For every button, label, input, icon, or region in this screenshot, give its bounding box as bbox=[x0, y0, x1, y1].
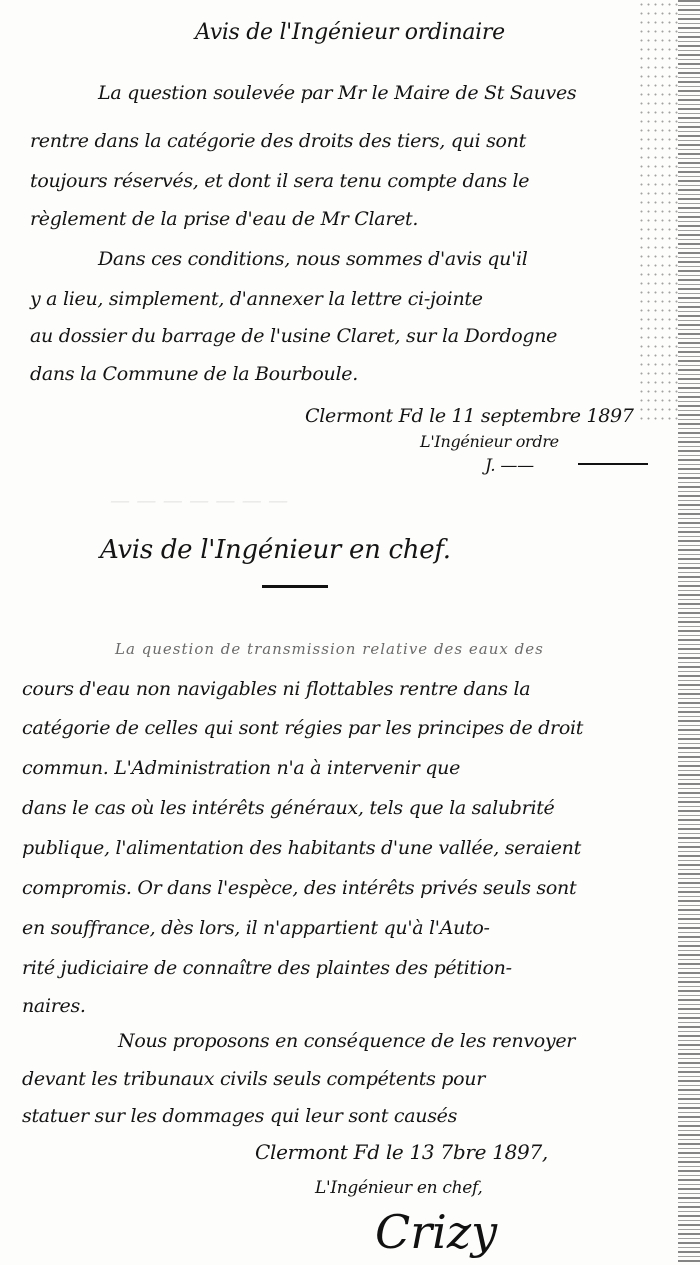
text-line: rité judiciaire de connaître des plainte… bbox=[22, 957, 512, 979]
text-line: commun. L'Administration n'a à interveni… bbox=[22, 757, 460, 779]
signature-role-1: L'Ingénieur ordre bbox=[420, 432, 559, 451]
text-line: dans la Commune de la Bourboule. bbox=[30, 363, 358, 385]
text-line-faint: La question de transmission relative des… bbox=[115, 640, 544, 658]
section2-title: Avis de l'Ingénieur en chef. bbox=[100, 535, 451, 565]
section1-title: Avis de l'Ingénieur ordinaire bbox=[195, 20, 505, 45]
text-line: publique, l'alimentation des habitants d… bbox=[22, 837, 581, 859]
signature-1: J. —— bbox=[485, 456, 534, 476]
scan-edge-shadow bbox=[678, 0, 700, 1265]
text-line: catégorie de celles qui sont régies par … bbox=[22, 717, 583, 739]
text-line: compromis. Or dans l'espèce, des intérêt… bbox=[22, 877, 576, 899]
text-line: Dans ces conditions, nous sommes d'avis … bbox=[98, 248, 528, 270]
bleed-through-text: — — — — — — — bbox=[110, 488, 288, 512]
text-line: toujours réservés, et dont il sera tenu … bbox=[30, 170, 529, 192]
text-line: Nous proposons en conséquence de les ren… bbox=[118, 1030, 575, 1052]
scan-speckle bbox=[638, 0, 678, 420]
text-line: y a lieu, simplement, d'annexer la lettr… bbox=[30, 288, 483, 310]
signature-2: Crizy bbox=[375, 1205, 497, 1259]
text-line: dans le cas où les intérêts généraux, te… bbox=[22, 797, 555, 819]
text-line: devant les tribunaux civils seuls compét… bbox=[22, 1068, 485, 1090]
text-line: La question soulevée par Mr le Maire de … bbox=[98, 82, 576, 104]
scanned-page: Avis de l'Ingénieur ordinaire La questio… bbox=[0, 0, 700, 1265]
text-line: au dossier du barrage de l'usine Claret,… bbox=[30, 325, 557, 347]
text-line: en souffrance, dès lors, il n'appartient… bbox=[22, 917, 490, 939]
text-line: statuer sur les dommages qui leur sont c… bbox=[22, 1105, 457, 1127]
text-line: naires. bbox=[22, 995, 86, 1017]
text-line: règlement de la prise d'eau de Mr Claret… bbox=[30, 208, 418, 230]
date-line-2: Clermont Fd le 13 7bre 1897, bbox=[255, 1140, 548, 1164]
text-line: cours d'eau non navigables ni flottables… bbox=[22, 678, 530, 700]
date-line-1: Clermont Fd le 11 septembre 1897 bbox=[305, 405, 634, 427]
title-underline bbox=[262, 585, 328, 588]
text-line: rentre dans la catégorie des droits des … bbox=[30, 130, 526, 152]
signature-role-2: L'Ingénieur en chef, bbox=[315, 1178, 483, 1198]
signature-dash bbox=[578, 463, 648, 465]
